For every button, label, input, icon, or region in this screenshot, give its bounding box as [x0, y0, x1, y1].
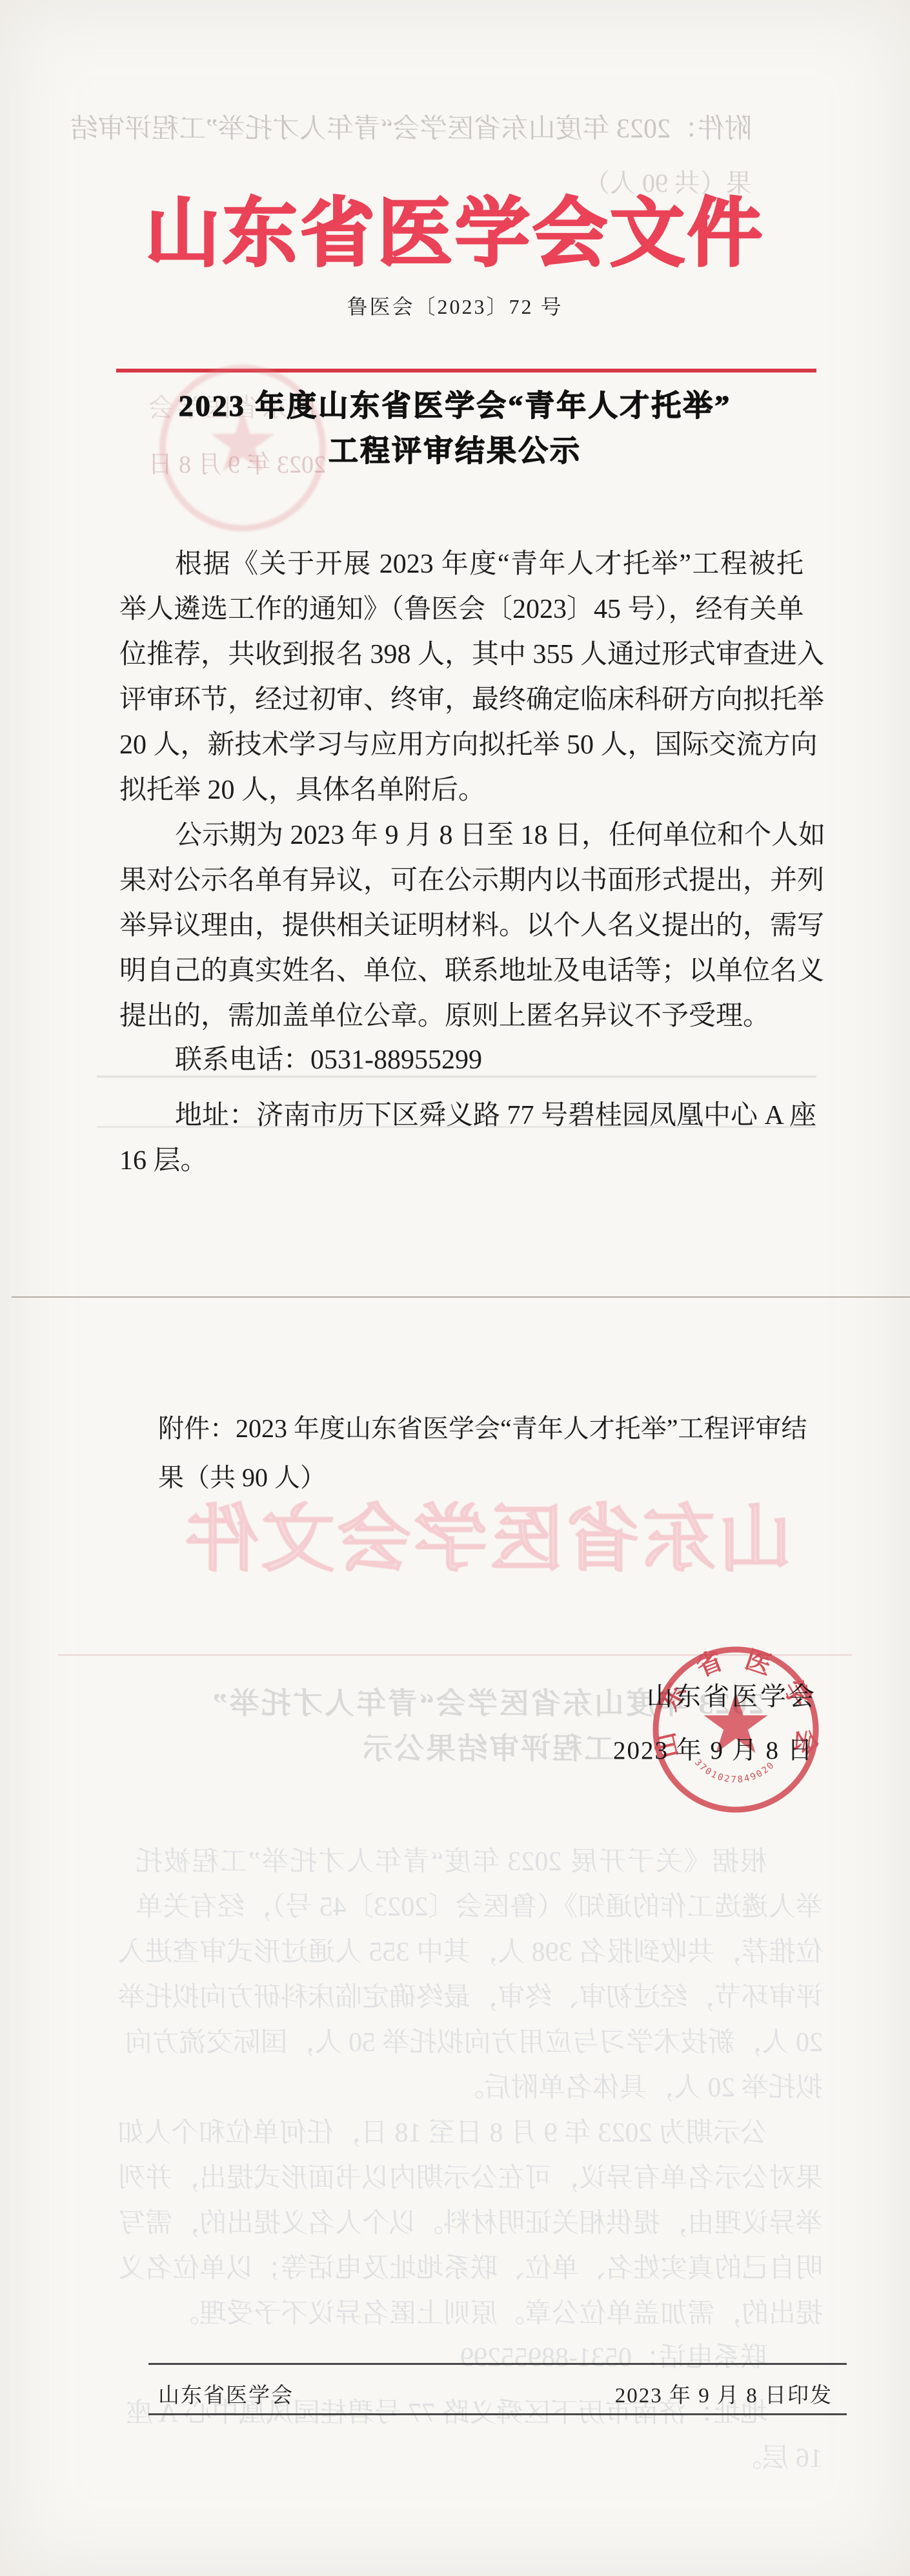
body-line: 提出的，需加盖单位公章。原则上匿名异议不予受理。	[119, 998, 804, 1034]
bleedthrough-body-line: 提出的，需加盖单位公章。原则上匿名异议不予受理。	[136, 2296, 823, 2332]
body-line: 16 层。	[119, 1143, 804, 1179]
body-line: 根据《关于开展 2023 年度“青年人才托举”工程被托	[119, 546, 804, 582]
footer-print-date: 2023 年 9 月 8 日印发	[549, 2378, 833, 2409]
bleedthrough-body-line: 举异议理由，提供相关证明材料。以个人名义提出的，需写	[136, 2205, 823, 2242]
bleedthrough-body-line: 明自己的真实姓名、单位、联系地址及电话等；以单位名义	[136, 2251, 823, 2287]
footer-rule-bottom	[148, 2413, 847, 2415]
signature-org: 山东省医学会	[647, 1676, 817, 1713]
seal-graphic: 山东省医学会 3701027849020	[648, 1642, 824, 1817]
footer-issuer: 山东省医学会	[158, 2378, 294, 2409]
signature-date: 2023 年 9 月 8 日	[613, 1730, 814, 1766]
attachment-line-1: 附件：2023 年度山东省医学会“青年人才托举”工程评审结	[158, 1411, 868, 1446]
heading-line-1: 2023 年度山东省医学会“青年人才托举”	[0, 382, 910, 425]
footer-rule-top	[148, 2363, 847, 2365]
document-title: 山东省医学会文件	[0, 173, 910, 281]
body-line-phone: 联系电话：0531-88955299	[119, 1042, 804, 1078]
body-line: 举人遴选工作的通知》（鲁医会〔2023〕45 号），经有关单	[119, 591, 804, 628]
scan-streak	[97, 1076, 816, 1078]
body-line: 明自己的真实姓名、单位、联系地址及电话等；以单位名义	[119, 953, 804, 989]
bleedthrough-attachment-line-1: 附件：2023 年度山东省医学会“青年人才托举”工程评审结	[103, 111, 752, 147]
heading-line-2: 工程评审结果公示	[0, 427, 910, 470]
body-line-address: 地址：济南市历下区舜义路 77 号碧桂园凤凰中心 A 座	[119, 1098, 804, 1134]
scan-streak	[97, 1126, 816, 1128]
bleedthrough-document-title: 山东省医学会文件	[32, 1480, 910, 1586]
scanned-document: 附件：2023 年度山东省医学会“青年人才托举”工程评审结 果（共 90 人） …	[0, 0, 910, 2576]
bleedthrough-body-line: 公示期为 2023 年 9 月 8 日至 18 日，任何单位和个人如	[136, 2115, 823, 2151]
body-line: 公示期为 2023 年 9 月 8 日至 18 日，任何单位和个人如	[119, 817, 804, 854]
body-line: 拟托举 20 人，具体名单附后。	[119, 772, 804, 808]
body-line: 20 人，新技术学习与应用方向拟托举 50 人，国际交流方向	[119, 727, 804, 763]
document-number: 鲁医会〔2023〕72 号	[0, 291, 910, 320]
page-divider	[12, 1296, 910, 1298]
body-line: 位推荐，共收到报名 398 人，其中 355 人通过形式审查进入	[119, 637, 804, 673]
body-line: 果对公示名单有异议，可在公示期内以书面形式提出，并列	[119, 863, 804, 899]
body-line: 举异议理由，提供相关证明材料。以个人名义提出的，需写	[119, 908, 804, 944]
bleedthrough-body-line: 16 层。	[136, 2440, 823, 2477]
body-line: 评审环节，经过初审、终审，最终确定临床科研方向拟托举	[119, 682, 804, 718]
bleedthrough-body-line: 20 人，新技术学习与应用方向拟托举 50 人，国际交流方向	[136, 2025, 823, 2061]
official-seal: 山东省医学会 3701027849020	[648, 1642, 824, 1817]
bleedthrough-body-line: 位推荐，共收到报名 398 人，其中 355 人通过形式审查进入	[136, 1934, 823, 1970]
bleedthrough-body-line: 拟托举 20 人，具体名单附后。	[136, 2070, 823, 2106]
bleedthrough-body-line: 举人遴选工作的通知》（鲁医会〔2023〕45 号），经有关单	[136, 1889, 823, 1925]
bleedthrough-body-line: 评审环节，经过初审、终审，最终确定临床科研方向拟托举	[136, 1979, 823, 2016]
bleedthrough-body-line: 果对公示名单有异议，可在公示期内以书面形式提出，并列	[136, 2160, 823, 2196]
bleedthrough-body-line: 联系电话：0531-88955299	[136, 2340, 823, 2376]
bleedthrough-body-line: 根据《关于开展 2023 年度“青年人才托举”工程被托	[136, 1844, 823, 1880]
